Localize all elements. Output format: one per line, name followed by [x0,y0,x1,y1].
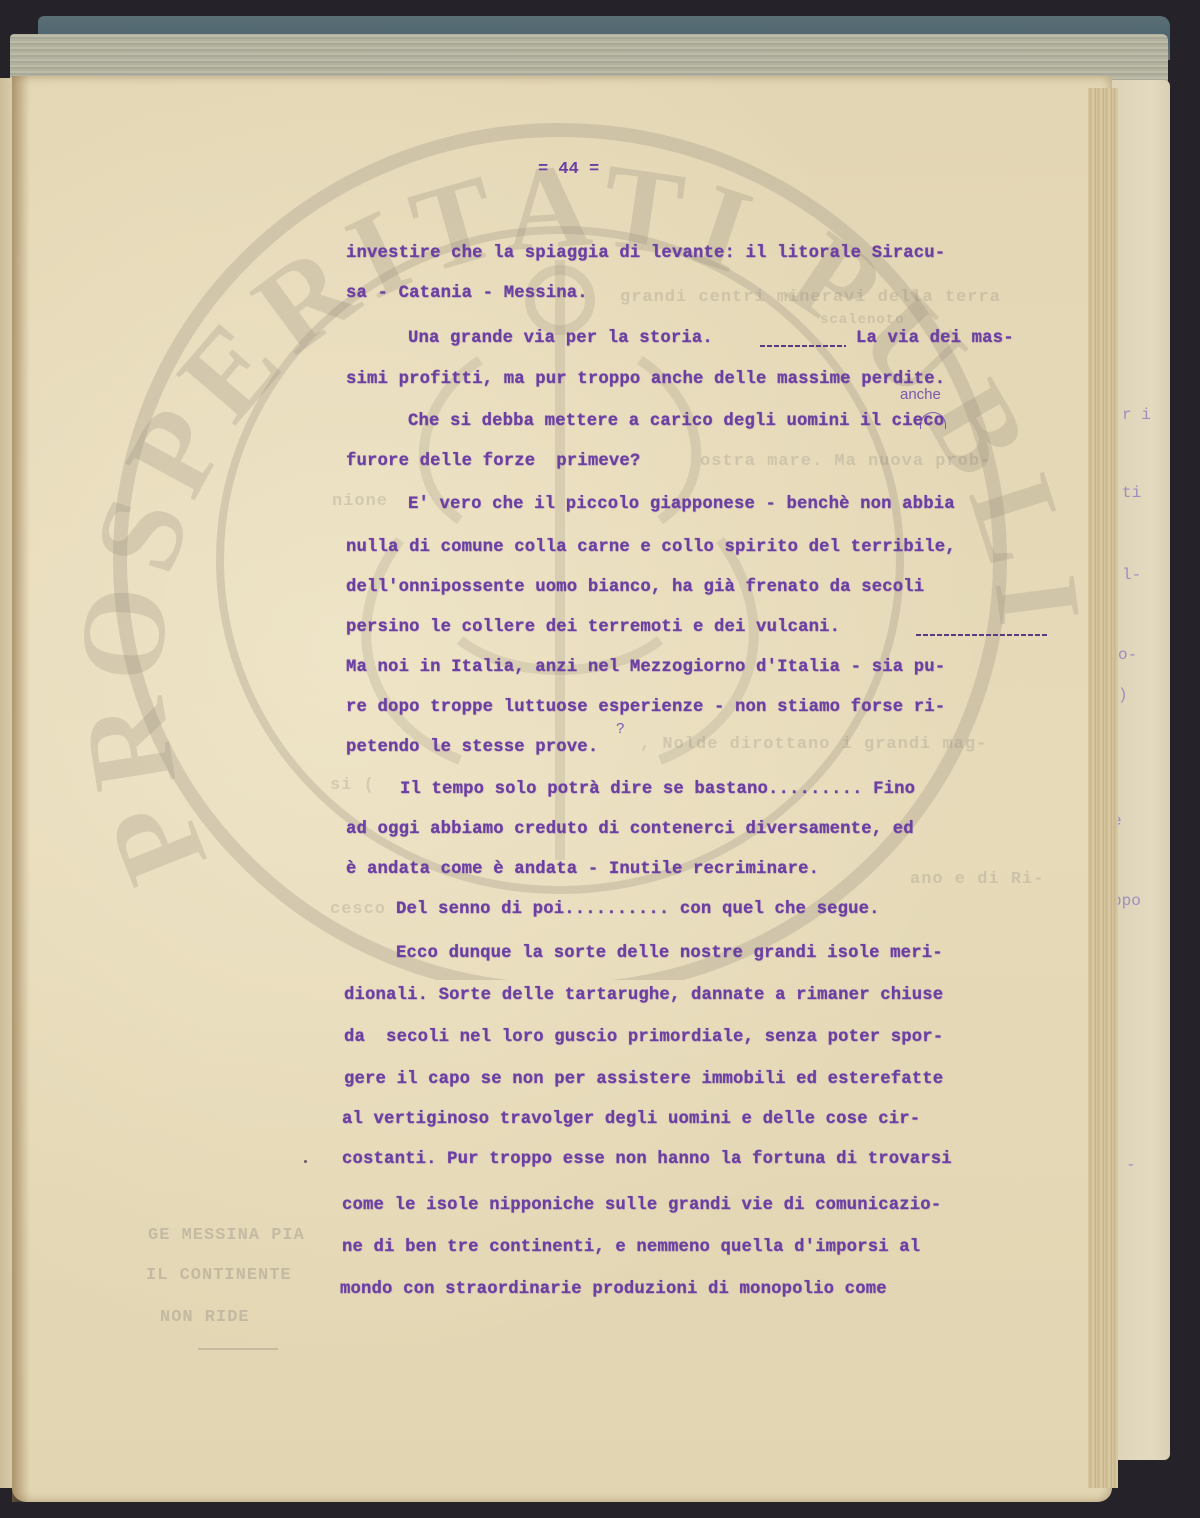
text-line: Del senno di poi.......... con quel che … [396,900,880,919]
bleed-through-text: si ( [330,776,375,795]
text-line: furore delle forze primeve? [346,452,640,471]
page-block-right-edge [1088,88,1118,1488]
text-line: nulla di comune colla carne e collo spir… [346,538,956,557]
text-line: ad oggi abbiamo creduto di contenerci di… [346,820,914,839]
underlying-fragment: ) [1118,686,1128,704]
text-line: ne di ben tre continenti, e nemmeno quel… [342,1238,920,1257]
text-line: persino le collere dei terremoti e dei v… [346,618,840,637]
gutter-shadow [12,76,30,1502]
bleed-through-text: scalenoto [820,312,905,328]
text-line: simi profitti, ma pur troppo anche delle… [346,370,945,389]
bleed-through-left-text: GE MESSINA PIA [148,1226,305,1245]
text-line: investire che la spiaggia di levante: il… [346,244,945,263]
text-line: gere il capo se non per assistere immobi… [344,1070,943,1089]
bleed-through-text: nione [332,492,388,511]
text-line: Ma noi in Italia, anzi nel Mezzogiorno d… [346,658,945,677]
bleed-through-text: ano e di Ri- [910,870,1044,889]
text-line: Ecco dunque la sorte delle nostre grandi… [396,944,943,963]
underlying-fragment: r i [1122,406,1151,424]
bleed-through-text: ostra mare. Ma nuova prob- [700,452,991,471]
text-line: mondo con straordinarie produzioni di mo… [340,1280,887,1299]
underlying-fragment: l- [1122,566,1141,584]
bleed-through-text: cesco [330,900,386,919]
text-line: re dopo troppe luttuose esperienze - non… [346,698,945,717]
text-line: E' vero che il piccolo giapponese - benc… [408,495,955,514]
handwritten-insertion: anche [900,386,941,403]
underlying-page: r i ti l- o- ) e ppo - [1112,80,1170,1460]
text-line-tail: La via dei mas- [856,329,1014,348]
bleed-through-left-text: NON RIDE [160,1308,250,1327]
stray-ink-mark [304,1160,307,1163]
scanned-book-page: r i ti l- o- ) e ppo - PROSPERITATI PUBL… [0,0,1200,1518]
bleed-through-text: grandi centri mineravi della terra [620,288,1001,307]
bleed-through-rule [198,1348,278,1350]
text-line: come le isole nipponiche sulle grandi vi… [342,1196,941,1215]
dash-fill-line [916,634,1048,636]
text-line: da secoli nel loro guscio primordiale, s… [344,1028,943,1047]
text-line: sa - Catania - Messina. [346,284,588,303]
underlying-fragment: o- [1118,646,1137,664]
bleed-through-text: , Nolde dirottano i grandi mag- [640,735,987,754]
dash-fill-line [760,345,846,347]
text-line: Che si debba mettere a carico degli uomi… [408,412,944,431]
text-line: Una grande via per la storia. [408,329,713,348]
handwritten-question-mark: ? [616,720,624,737]
underlying-fragment: - [1126,1156,1136,1174]
text-line: costanti. Pur troppo esse non hanno la f… [342,1150,952,1169]
text-line: dionali. Sorte delle tartarughe, dannate… [344,986,943,1005]
underlying-fragment: ti [1122,484,1141,502]
bleed-through-left-text: IL CONTINENTE [146,1266,292,1285]
text-line: è andata come è andata - Inutile recrimi… [346,860,819,879]
page-number: = 44 = [538,160,599,179]
text-line: dell'onnipossente uomo bianco, ha già fr… [346,578,924,597]
text-line: petendo le stesse prove. [346,738,598,757]
text-line: Il tempo solo potrà dire se bastano.....… [400,780,915,799]
text-line: al vertiginoso travolger degli uomini e … [342,1110,920,1129]
